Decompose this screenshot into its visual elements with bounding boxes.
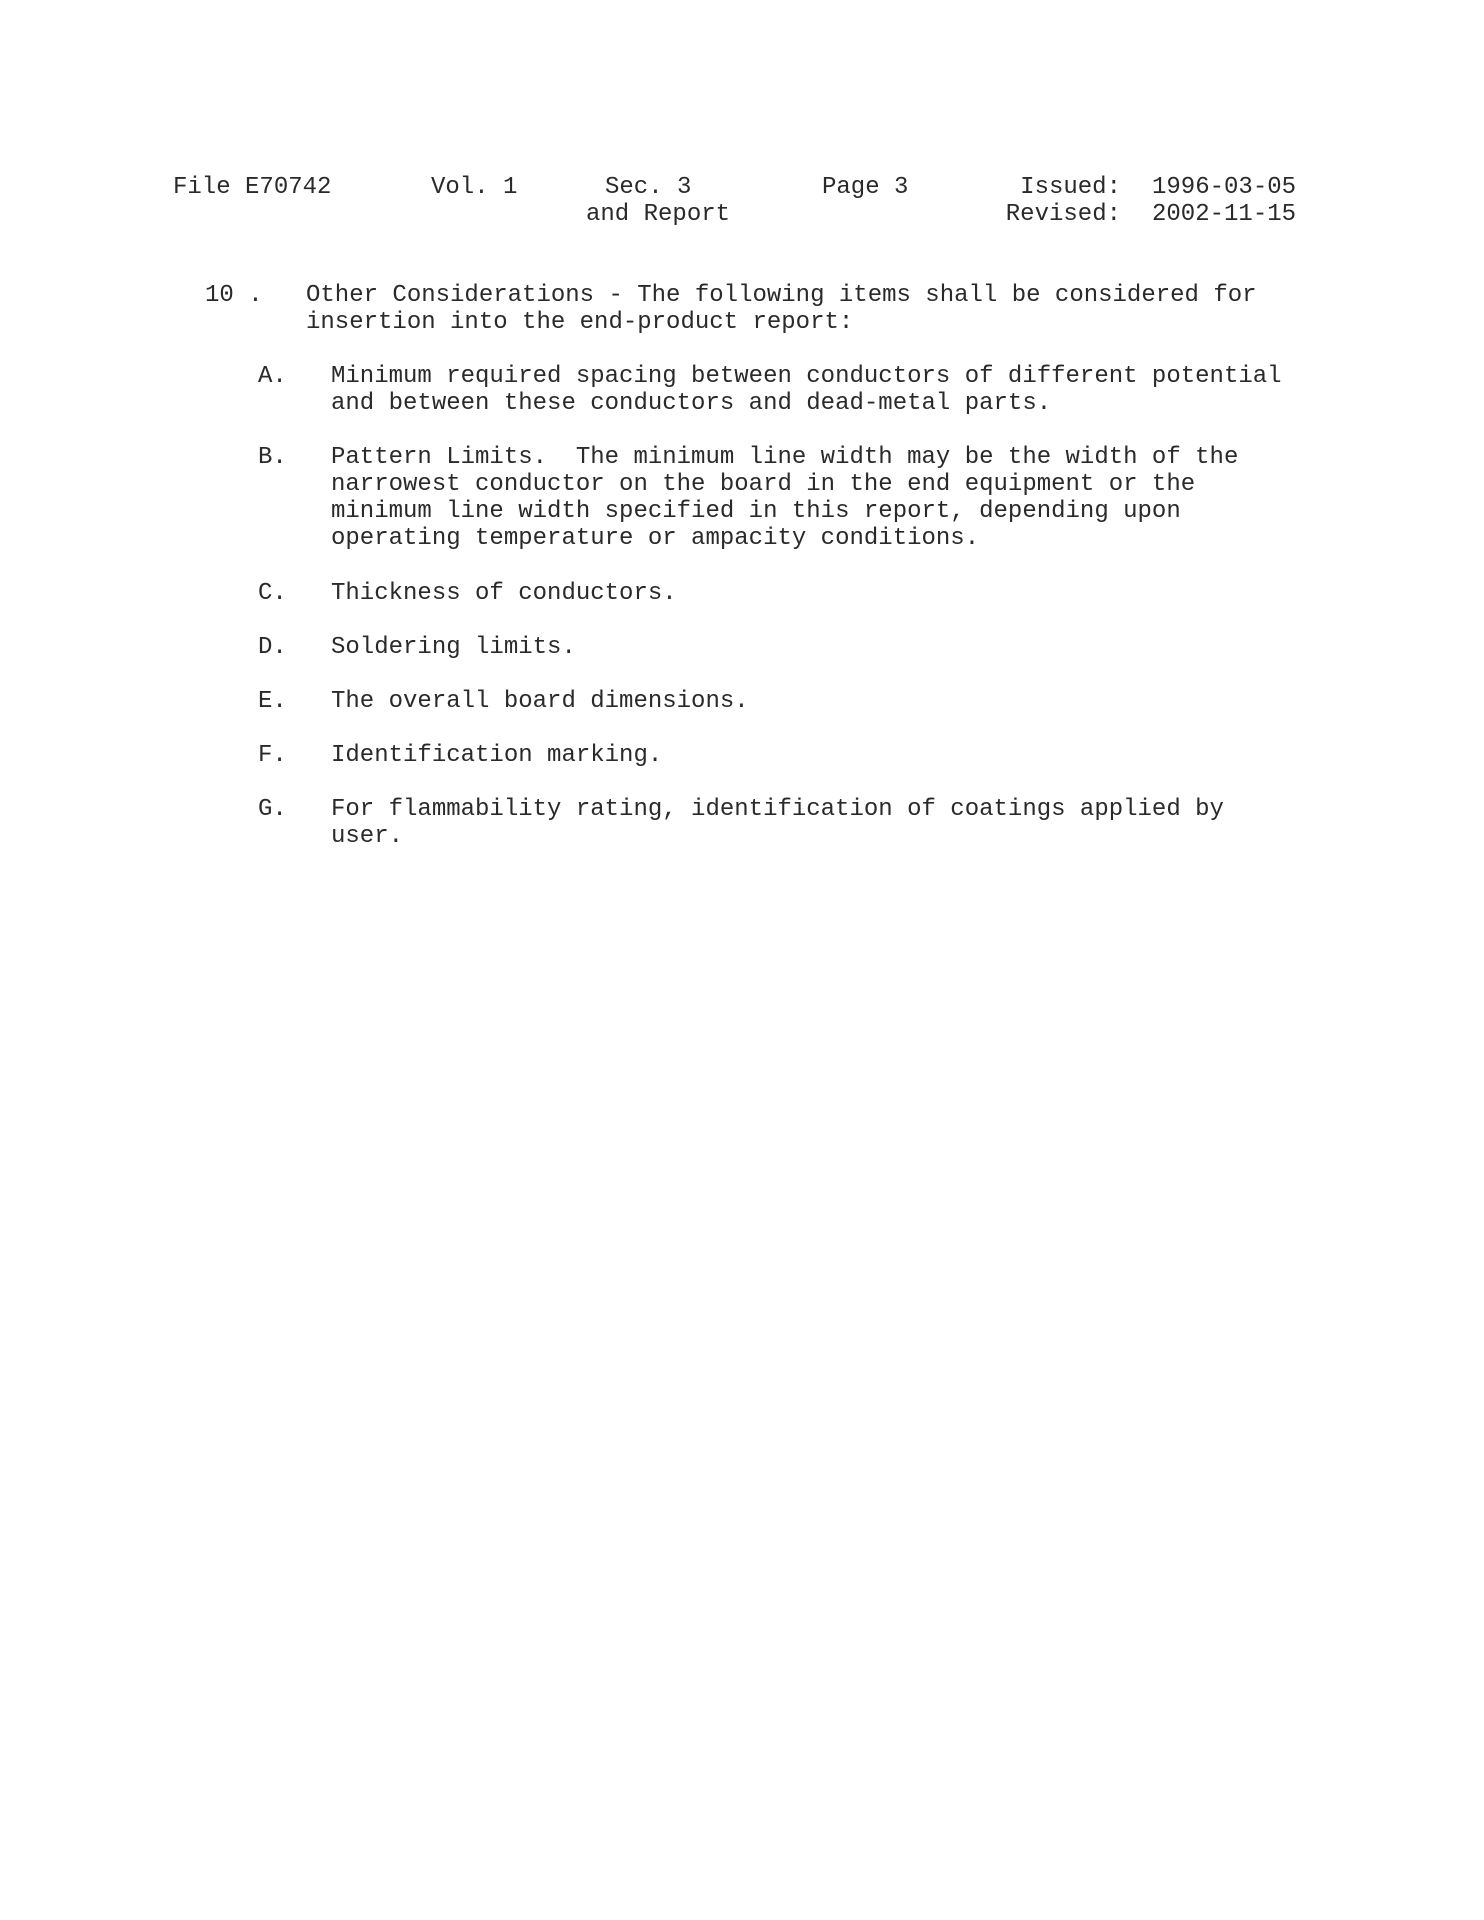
list-item-letter: G.	[258, 796, 287, 823]
list-item-letter: C.	[258, 580, 287, 607]
list-item-c: Thickness of conductors.	[331, 580, 677, 607]
section-subtitle: and Report	[586, 201, 730, 228]
issued-label: Issued:	[921, 174, 1121, 201]
section-intro: Other Considerations - The following ite…	[306, 282, 1257, 336]
issued-date: 1996-03-05	[1152, 174, 1296, 201]
list-item-g: For flammability rating, identification …	[331, 796, 1224, 850]
section-number: Sec. 3	[605, 174, 691, 201]
list-item-line: narrowest conductor on the board in the …	[331, 471, 1238, 498]
list-item-line: Identification marking.	[331, 742, 662, 769]
list-item-line: Soldering limits.	[331, 634, 576, 661]
page-number: Page 3	[822, 174, 908, 201]
list-item-f: Identification marking.	[331, 742, 662, 769]
section-intro-line: Other Considerations - The following ite…	[306, 282, 1257, 309]
list-item-a: Minimum required spacing between conduct…	[331, 363, 1282, 417]
revised-date: 2002-11-15	[1152, 201, 1296, 228]
list-item-line: minimum line width specified in this rep…	[331, 498, 1238, 525]
list-item-line: Pattern Limits. The minimum line width m…	[331, 444, 1238, 471]
list-item-line: Thickness of conductors.	[331, 580, 677, 607]
list-item-letter: E.	[258, 688, 287, 715]
list-item-line: The overall board dimensions.	[331, 688, 749, 715]
section-intro-line: insertion into the end-product report:	[306, 309, 1257, 336]
list-item-letter: B.	[258, 444, 287, 471]
list-item-line: user.	[331, 823, 1224, 850]
list-item-line: For flammability rating, identification …	[331, 796, 1224, 823]
file-number: File E70742	[173, 174, 331, 201]
list-item-line: and between these conductors and dead-me…	[331, 390, 1282, 417]
list-item-e: The overall board dimensions.	[331, 688, 749, 715]
list-item-letter: F.	[258, 742, 287, 769]
list-item-d: Soldering limits.	[331, 634, 576, 661]
volume-number: Vol. 1	[431, 174, 517, 201]
list-item-letter: A.	[258, 363, 287, 390]
list-item-line: Minimum required spacing between conduct…	[331, 363, 1282, 390]
section-item-number: 10 .	[205, 282, 263, 309]
list-item-b: Pattern Limits. The minimum line width m…	[331, 444, 1238, 552]
revised-label: Revised:	[921, 201, 1121, 228]
list-item-line: operating temperature or ampacity condit…	[331, 525, 1238, 552]
list-item-letter: D.	[258, 634, 287, 661]
